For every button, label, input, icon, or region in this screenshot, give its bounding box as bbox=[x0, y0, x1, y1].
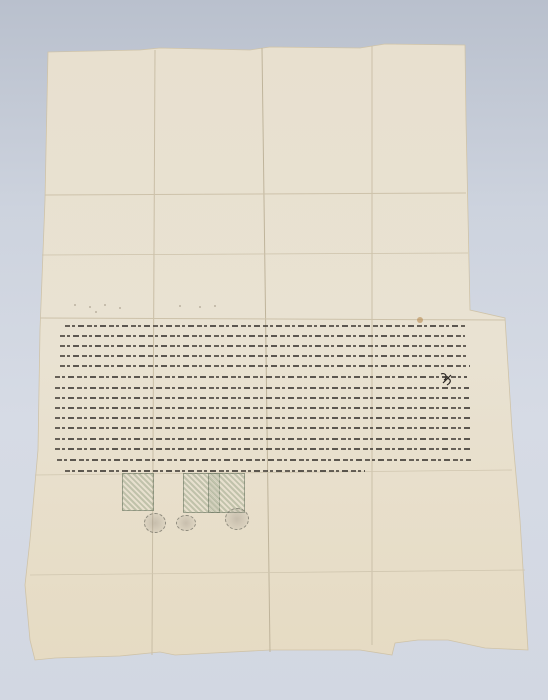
revenue-stamp-1 bbox=[122, 473, 154, 511]
signature-mark-icon bbox=[438, 370, 456, 388]
handwritten-text-block bbox=[55, 325, 470, 475]
seal-2 bbox=[176, 515, 196, 531]
seal-3 bbox=[225, 508, 249, 530]
seal-1 bbox=[144, 513, 166, 533]
revenue-stamp-3 bbox=[208, 473, 245, 513]
